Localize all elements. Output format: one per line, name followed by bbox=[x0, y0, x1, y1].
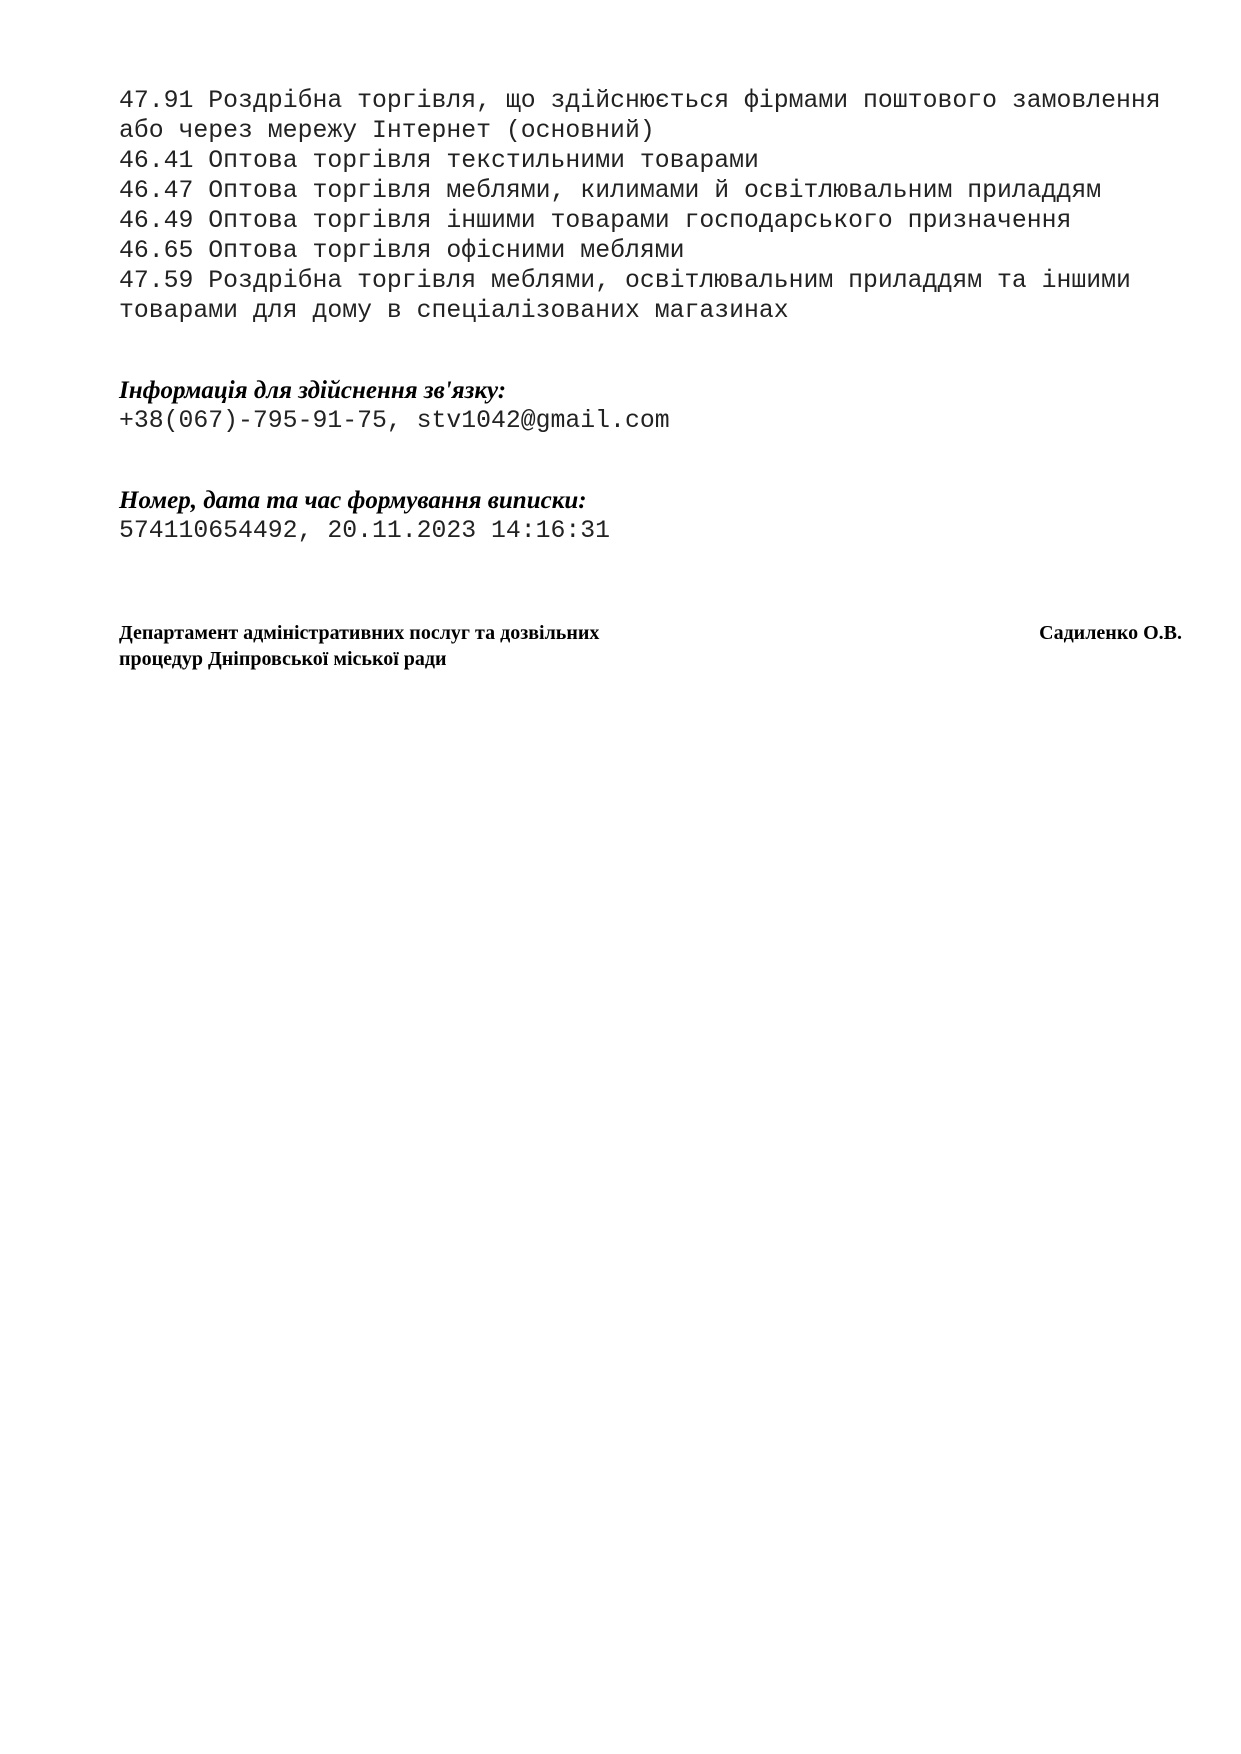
extract-value: 574110654492, 20.11.2023 14:16:31 bbox=[119, 516, 1199, 546]
activity-code: 47.91 bbox=[119, 87, 193, 115]
activity-item: 46.65 Оптова торгівля офісними меблями bbox=[119, 236, 1199, 266]
activity-item: 46.49 Оптова торгівля іншими товарами го… bbox=[119, 206, 1199, 236]
contact-section: Інформація для здійснення зв'язку: +38(0… bbox=[119, 376, 1199, 436]
activity-item: 46.47 Оптова торгівля меблями, килимами … bbox=[119, 176, 1199, 206]
activity-text: Роздрібна торгівля меблями, освітлювальн… bbox=[119, 267, 1146, 325]
signatory-name: Садиленко О.В. bbox=[1039, 620, 1182, 646]
activity-code: 46.47 bbox=[119, 177, 193, 205]
department-line-2: процедур Дніпровської міської ради bbox=[119, 646, 719, 672]
activity-item: 47.91 Роздрібна торгівля, що здійснюєтьс… bbox=[119, 86, 1199, 146]
activity-list: 47.91 Роздрібна торгівля, що здійснюєтьс… bbox=[119, 86, 1199, 326]
activity-code: 46.49 bbox=[119, 207, 193, 235]
activity-item: 47.59 Роздрібна торгівля меблями, освітл… bbox=[119, 266, 1199, 326]
activity-text: Оптова торгівля текстильними товарами bbox=[208, 147, 759, 175]
contact-value: +38(067)-795-91-75, stv1042@gmail.com bbox=[119, 406, 1199, 436]
activity-text: Оптова торгівля офісними меблями bbox=[208, 237, 684, 265]
activity-item: 46.41 Оптова торгівля текстильними товар… bbox=[119, 146, 1199, 176]
activity-text: Оптова торгівля іншими товарами господар… bbox=[208, 207, 1071, 235]
activity-text: Роздрібна торгівля, що здійснюється фірм… bbox=[119, 87, 1176, 145]
extract-heading: Номер, дата та час формування виписки: bbox=[119, 486, 1199, 516]
contact-heading: Інформація для здійснення зв'язку: bbox=[119, 376, 1199, 406]
issuing-department: Департамент адміністративних послуг та д… bbox=[119, 620, 719, 672]
extract-section: Номер, дата та час формування виписки: 5… bbox=[119, 486, 1199, 546]
activity-text: Оптова торгівля меблями, килимами й осві… bbox=[208, 177, 1101, 205]
activity-code: 47.59 bbox=[119, 267, 193, 295]
activity-code: 46.41 bbox=[119, 147, 193, 175]
activity-code: 46.65 bbox=[119, 237, 193, 265]
department-line-1: Департамент адміністративних послуг та д… bbox=[119, 620, 719, 646]
